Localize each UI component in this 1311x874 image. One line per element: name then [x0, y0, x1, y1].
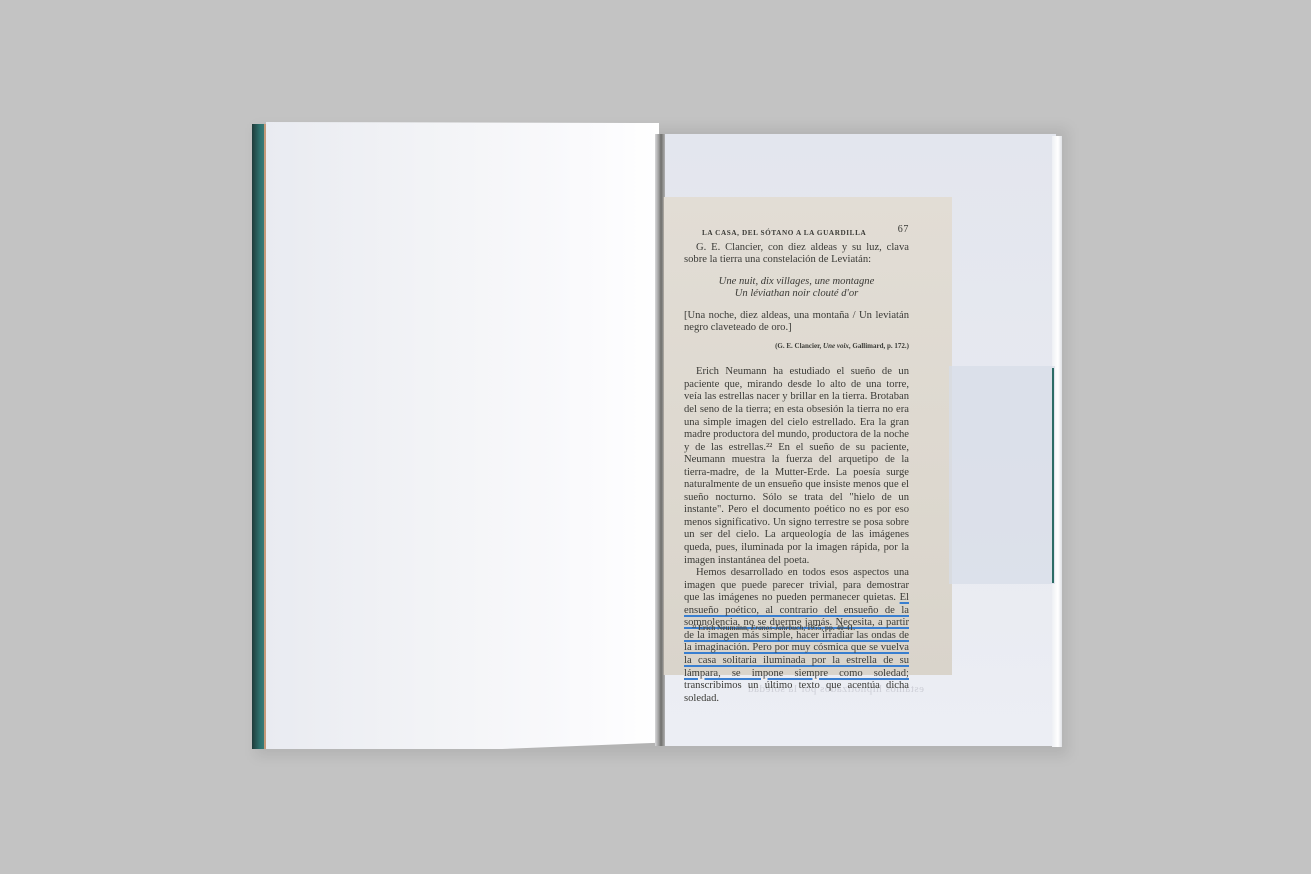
- translucent-paper-strip: [949, 366, 1055, 584]
- citation-author: (G. E. Clancier,: [775, 342, 823, 350]
- facsimile-text-block: LA CASA, DEL SÓTANO A LA GUARDILLA 67 G.…: [684, 227, 909, 705]
- page-number: 67: [898, 224, 909, 240]
- left-blank-page: [266, 122, 659, 749]
- verse-line: Une nuit, dix villages, une montagne: [684, 276, 909, 289]
- paragraph-text: transcribimos un último texto que acentú…: [684, 680, 909, 704]
- footnote-title: Eranos-Jahrbuch: [751, 624, 804, 632]
- footnote-marker: ²²: [692, 624, 696, 632]
- footnote-details: , 1955, pp. 40-41.: [803, 624, 855, 632]
- body-paragraph-1: Erich Neumann ha estudiado el sueño de u…: [684, 366, 909, 567]
- footnote: ²² Erich Neumann, Eranos-Jahrbuch, 1955,…: [692, 624, 855, 632]
- running-head-title: LA CASA, DEL SÓTANO A LA GUARDILLA: [702, 227, 866, 240]
- verse-quote: Une nuit, dix villages, une montagne Un …: [684, 276, 909, 301]
- citation-publisher: , Gallimard, p. 172.): [849, 342, 909, 350]
- footnote-author: Erich Neumann,: [698, 624, 751, 632]
- running-head: LA CASA, DEL SÓTANO A LA GUARDILLA 67: [702, 227, 909, 240]
- intro-paragraph: G. E. Clancier, con diez aldeas y su luz…: [684, 242, 909, 267]
- citation: (G. E. Clancier, Une voix, Gallimard, p.…: [684, 340, 909, 353]
- book-photo: estamos hipnotizados por la soledad LA C…: [0, 0, 1311, 874]
- underlined-passage: El ensueño poético, al contrario del ens…: [684, 592, 909, 678]
- verse-line: Un léviathan noir clouté d'or: [684, 288, 909, 301]
- paragraph-text: Hemos desarrollado en todos esos aspecto…: [684, 567, 909, 603]
- translation: [Una noche, diez aldeas, una montaña / U…: [684, 310, 909, 335]
- pasted-facsimile-page: LA CASA, DEL SÓTANO A LA GUARDILLA 67 G.…: [664, 197, 952, 675]
- strip-edge-line: [1052, 368, 1054, 583]
- citation-title: Une voix: [823, 342, 849, 350]
- body-paragraph-2: Hemos desarrollado en todos esos aspecto…: [684, 567, 909, 705]
